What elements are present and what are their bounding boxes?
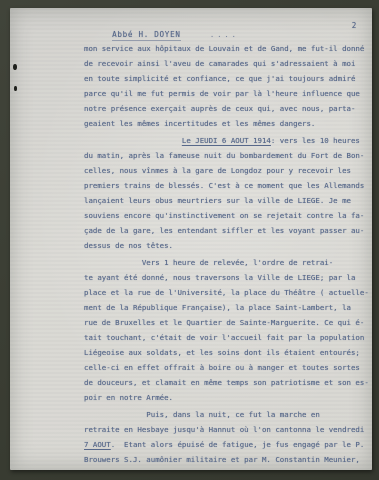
text-line: de douceurs, et clamait en même temps so… <box>84 375 379 390</box>
text-segment: celles, nous vînmes à la gare de Longdoz… <box>84 166 351 175</box>
paragraph: Vers 1 heure de relevée, l'ordre de retr… <box>84 255 379 405</box>
text-line: en toute simplicité et confiance, ce que… <box>84 71 379 86</box>
header-author: Abbé H. DOYEN <box>112 30 181 41</box>
text-line: Brouwers S.J. aumônier militaire et par … <box>84 452 379 467</box>
paragraph: Puis, dans la nuit, ce fut la marche enr… <box>84 407 379 467</box>
text-segment: de douceurs, et clamait en même temps so… <box>84 378 369 387</box>
text-line: du matin, après la fameuse nuit du bomba… <box>84 148 379 163</box>
text-line: Puis, dans la nuit, ce fut la marche en <box>84 407 379 422</box>
text-segment: du matin, après la fameuse nuit du bomba… <box>84 151 364 160</box>
text-segment: souviens encore qu'instinctivement on se… <box>84 211 364 220</box>
text-segment: Liégeoise aux soldats, et les soins dont… <box>84 348 360 357</box>
text-line: de recevoir ainsi l'aveu de camarades qu… <box>84 56 379 71</box>
text-segment: Vers 1 heure de relevée, l'ordre de retr… <box>84 258 333 267</box>
text-segment: Brouwers S.J. aumônier militaire et par … <box>84 455 360 464</box>
text-line: lançaient leurs obus meurtriers sur la v… <box>84 193 379 208</box>
text-line: geaient les mêmes incertitudes et les mê… <box>84 116 379 131</box>
text-line: souviens encore qu'instinctivement on se… <box>84 208 379 223</box>
text-segment: en toute simplicité et confiance, ce que… <box>84 74 355 83</box>
document-page: Abbé H. DOYEN 2 .... mon service aux hôp… <box>10 8 372 470</box>
text-segment: ment de la République Française), la pla… <box>84 303 351 312</box>
text-line: place et la rue de l'Université, la plac… <box>84 285 379 300</box>
text-line: ment de la République Française), la pla… <box>84 300 379 315</box>
text-segment: te ayant été donné, nous traversons la V… <box>84 273 355 282</box>
text-line: mon service aux hôpitaux de Louvain et d… <box>84 41 379 56</box>
text-line: notre présence exerçait auprès de ceux q… <box>84 101 379 116</box>
document-body: mon service aux hôpitaux de Louvain et d… <box>84 41 379 467</box>
text-line: poir en notre Armée. <box>84 390 379 405</box>
text-line: dessus de nos têtes. <box>84 238 379 253</box>
text-segment: celle-ci en effet offrait à boire ou à m… <box>84 363 360 372</box>
text-segment: : vers les 10 heures <box>271 136 360 145</box>
text-segment: place et la rue de l'Université, la plac… <box>84 288 369 297</box>
ink-speck <box>13 64 17 70</box>
text-line: Le JEUDI 6 AOUT 1914: vers les 10 heures <box>84 133 379 148</box>
text-segment: rue de Bruxelles et le Quartier de Saint… <box>84 318 364 327</box>
text-line: tait touchant, c'était de voir l'accueil… <box>84 330 379 345</box>
underlined-date: Le JEUDI 6 AOUT 1914 <box>182 136 271 145</box>
underlined-date: 7 AOUT <box>84 440 111 449</box>
text-line: premiers trains de blessés. C'est à ce m… <box>84 178 379 193</box>
text-line: 7 AOUT. Etant alors épuisé de fatigue, j… <box>84 437 379 452</box>
text-segment: çade de la gare, les entendant siffler e… <box>84 226 364 235</box>
text-segment: premiers trains de blessés. C'est à ce m… <box>84 181 364 190</box>
text-line: celles, nous vînmes à la gare de Longdoz… <box>84 163 379 178</box>
text-segment: tait touchant, c'était de voir l'accueil… <box>84 333 364 342</box>
text-segment: dessus de nos têtes. <box>84 241 173 250</box>
text-line: Vers 1 heure de relevée, l'ordre de retr… <box>84 255 379 270</box>
text-line: parce qu'il me fut permis de voir par là… <box>84 86 379 101</box>
paragraph: mon service aux hôpitaux de Louvain et d… <box>84 41 379 131</box>
text-line: celle-ci en effet offrait à boire ou à m… <box>84 360 379 375</box>
text-line: Liégeoise aux soldats, et les soins dont… <box>84 345 379 360</box>
text-segment <box>84 136 182 145</box>
page-number: 2 <box>352 21 357 30</box>
text-line: rue de Bruxelles et le Quartier de Saint… <box>84 315 379 330</box>
text-segment: geaient les mêmes incertitudes et les mê… <box>84 119 315 128</box>
text-line: te ayant été donné, nous traversons la V… <box>84 270 379 285</box>
ink-speck <box>14 86 17 91</box>
paragraph: Le JEUDI 6 AOUT 1914: vers les 10 heures… <box>84 133 379 253</box>
text-segment: notre présence exerçait auprès de ceux q… <box>84 104 355 113</box>
text-segment: lançaient leurs obus meurtriers sur la v… <box>84 196 351 205</box>
text-segment: mon service aux hôpitaux de Louvain et d… <box>84 44 364 53</box>
text-segment: . Etant alors épuisé de fatigue, je fus … <box>111 440 365 449</box>
separator-dots: .... <box>210 31 239 39</box>
text-segment: poir en notre Armée. <box>84 393 173 402</box>
text-segment: Puis, dans la nuit, ce fut la marche en <box>84 410 320 419</box>
text-line: retraite en Hesbaye jusqu'à Hannut où l'… <box>84 422 379 437</box>
text-segment: parce qu'il me fut permis de voir par là… <box>84 89 360 98</box>
text-segment: de recevoir ainsi l'aveu de camarades qu… <box>84 59 355 68</box>
text-segment: retraite en Hesbaye jusqu'à Hannut où l'… <box>84 425 364 434</box>
text-line: çade de la gare, les entendant siffler e… <box>84 223 379 238</box>
